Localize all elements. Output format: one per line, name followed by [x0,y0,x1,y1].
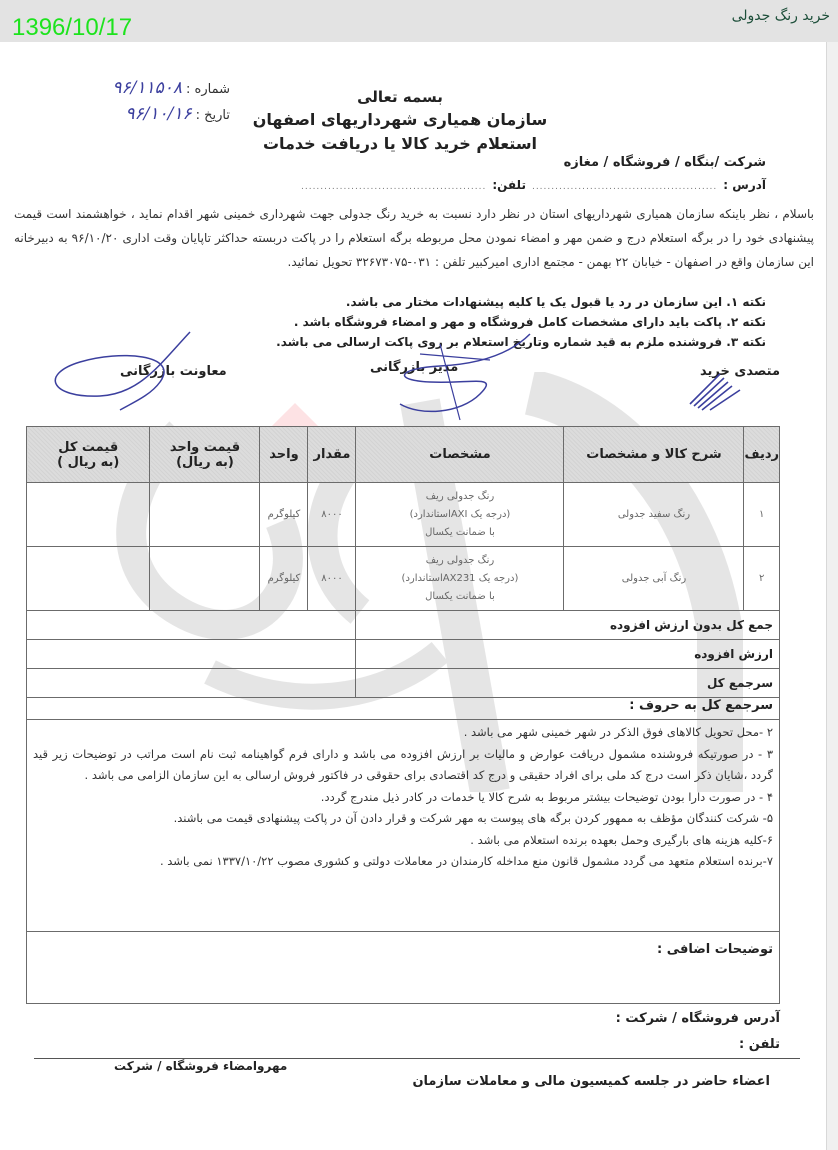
number-value: ۹۶/۱۱۵۰۸ [112,78,182,98]
subtotal-label: جمع کل بدون ارزش افزوده [356,611,780,640]
specs-line: (درجه یک AXIاستاندارد) [356,506,563,524]
condition-item: ۴ - در صورت دارا بودن توضیحات بیشتر مربو… [33,787,773,809]
col-quantity: مقدار [308,427,356,483]
commission-members-label: اعضاء حاضر در جلسه کمیسیون مالی و معاملا… [412,1074,770,1089]
extra-notes-box: توضیحات اضافی : [26,932,780,1004]
item-description: رنگ سفید جدولی [564,483,744,547]
condition-item: ۳ - در صورتیکه فروشنده مشمول دریافت عوار… [33,744,773,787]
extra-notes-label: توضیحات اضافی : [657,942,773,957]
table-row: ۲ رنگ آبی جدولی رنگ جدولی ریف (درجه یک A… [27,547,780,611]
address-label: آدرس : [723,178,766,192]
item-total-price [27,483,150,547]
item-quantity: ۸۰۰۰ [308,483,356,547]
subtotal-value [27,611,356,640]
col-row: ردیف [744,427,780,483]
signer-commercial-manager: مدیر بازرگانی [370,360,458,375]
header-subject: استعلام خرید کالا یا دریافت خدمات [240,132,560,156]
col-total-price: قیمت کل (به ریال ) [27,427,150,483]
total-price-label: قیمت کل [27,440,149,455]
shop-address-label: آدرس فروشگاه / شرکت : [616,1011,780,1026]
scanned-document: شماره : ۹۶/۱۱۵۰۸ تاریخ : ۹۶/۱۰/۱۶ بسمه ت… [0,42,826,1150]
specs-line: با ضمانت یکسال [356,524,563,542]
company-type-line: شرکت /بنگاه / فروشگاه / مغازه [564,155,766,170]
address-phone-line: آدرس : .................................… [46,178,766,192]
col-specs: مشخصات [356,427,564,483]
top-bar: 1396/10/17 خرید رنگ جدولی [0,0,838,42]
publish-date: 1396/10/17 [12,14,132,42]
item-unit: کیلوگرم [260,547,308,611]
note-item: نکته ۱. این سازمان در رد یا قبول یک یا ک… [206,292,766,312]
item-quantity: ۸۰۰۰ [308,547,356,611]
specs-line: (درجه یک AX231استاندارد) [356,570,563,588]
signer-commercial-deputy: معاونت بازرگانی [120,364,227,379]
phone-field: ........................................… [301,182,486,192]
number-label: شماره : [186,82,230,97]
page-title: خرید رنگ جدولی [732,8,830,24]
address-field: ........................................… [532,182,717,192]
col-unit-price: قیمت واحد (به ریال) [150,427,260,483]
date-value: ۹۶/۱۰/۱۶ [125,104,191,124]
note-item: نکته ۲. پاکت باید دارای مشخصات کامل فروش… [206,312,766,332]
subtotal-row: جمع کل بدون ارزش افزوده [27,611,780,640]
vat-label: ارزش افزوده [356,640,780,669]
note-item: نکته ۳. فروشنده ملزم به قید شماره وتاریخ… [206,332,766,352]
item-unit-price [150,483,260,547]
specs-line: رنگ جدولی ریف [356,552,563,570]
conditions-list: ۲ -محل تحویل کالاهای فوق الذکر در شهر خم… [26,720,780,932]
item-specs: رنگ جدولی ریف (درجه یک AXIاستاندارد) با … [356,483,564,547]
item-specs: رنگ جدولی ریف (درجه یک AX231استاندارد) ب… [356,547,564,611]
date-label: تاریخ : [196,108,230,123]
total-in-words: سرجمع کل به حروف : [26,693,780,720]
stamp-signature-label: مهروامضاء فروشگاه / شرکت [114,1059,287,1073]
signatures-area: متصدی خرید مدیر بازرگانی معاونت بازرگانی [40,364,780,414]
unit-price-label: قیمت واحد [150,440,259,455]
table-row: ۱ رنگ سفید جدولی رنگ جدولی ریف (درجه یک … [27,483,780,547]
condition-item: ۶-کلیه هزینه های بارگیری وحمل بعهده برند… [33,830,773,852]
col-description: شرح کالا و مشخصات [564,427,744,483]
specs-line: رنگ جدولی ریف [356,488,563,506]
specs-line: با ضمانت یکسال [356,588,563,606]
document-header: بسمه تعالی سازمان همیاری شهرداریهای اصفه… [240,86,560,156]
item-unit-price [150,547,260,611]
signer-purchaser: متصدی خرید [700,364,780,379]
item-description: رنگ آبی جدولی [564,547,744,611]
request-paragraph: باسلام ، نظر باینکه سازمان همیاری شهردار… [14,202,814,274]
item-total-price [27,547,150,611]
phone-label: تلفن: [492,178,526,192]
scrollbar[interactable] [826,42,838,1150]
shop-phone-label: تلفن : [739,1037,780,1052]
vat-row: ارزش افزوده [27,640,780,669]
condition-item: ۵- شرکت کنندگان مؤظف به ممهور کردن برگه … [33,808,773,830]
items-table: ردیف شرح کالا و مشخصات مشخصات مقدار واحد… [26,426,780,698]
letter-meta: شماره : ۹۶/۱۱۵۰۸ تاریخ : ۹۶/۱۰/۱۶ [80,78,230,130]
unit-price-sub: (به ریال) [150,455,259,470]
vat-value [27,640,356,669]
notes-list: نکته ۱. این سازمان در رد یا قبول یک یا ک… [206,292,766,352]
row-number: ۱ [744,483,780,547]
item-unit: کیلوگرم [260,483,308,547]
col-unit: واحد [260,427,308,483]
row-number: ۲ [744,547,780,611]
condition-item: ۷-برنده استعلام متعهد می گردد مشمول قانو… [33,851,773,873]
header-organization: سازمان همیاری شهرداریهای اصفهان [240,108,560,132]
condition-item: ۲ -محل تحویل کالاهای فوق الذکر در شهر خم… [33,722,773,744]
total-price-sub: (به ریال ) [27,455,149,470]
header-invocation: بسمه تعالی [240,86,560,108]
